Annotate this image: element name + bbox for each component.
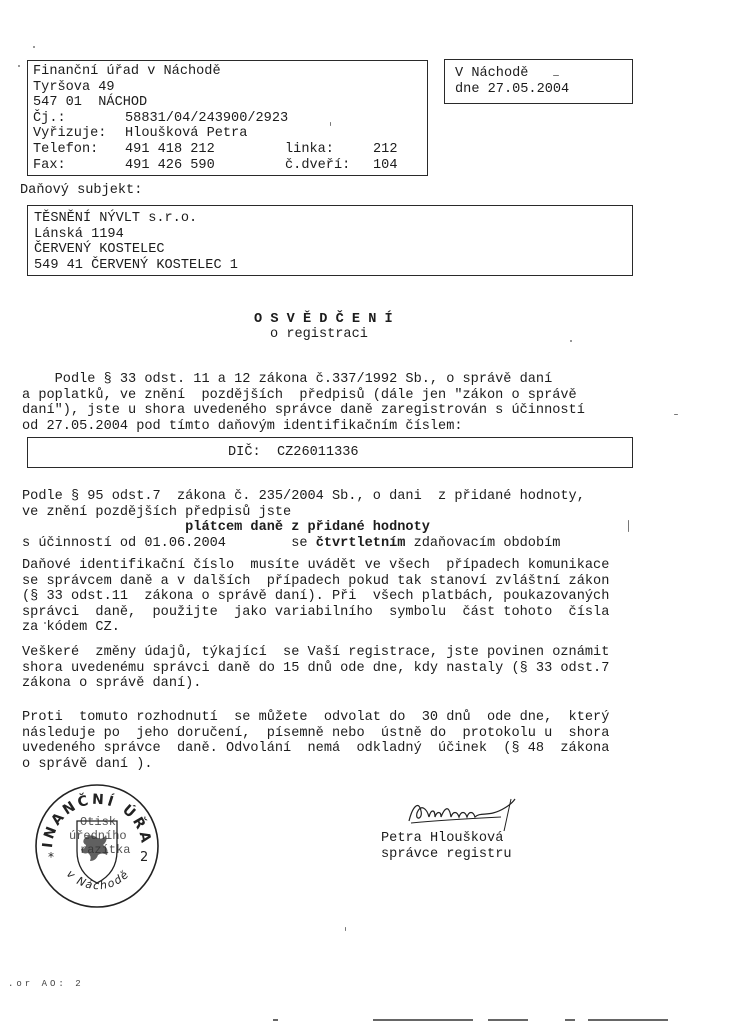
scan-speck	[330, 122, 331, 126]
effective-date-text: s účinností od 01.06.2004 se	[22, 536, 316, 551]
paragraph-line: uvedeného správce daně. Odvolání nemá od…	[22, 741, 642, 757]
fax-row: Fax: 491 426 590 č.dveří: 104	[33, 158, 427, 174]
vat-payer-status: plátcem daně z přidané hodnoty	[22, 520, 642, 536]
scan-speck	[553, 75, 559, 76]
door-label: č.dveří:	[285, 158, 373, 174]
paragraph-line: od 27.05.2004 pod tímto daňovým identifi…	[22, 419, 642, 435]
official-stamp: FINANČNÍ ÚŘAD v Náchodě * 2 Otisk úřední…	[32, 781, 162, 911]
scan-speck	[674, 414, 678, 415]
office-street: Tyršova 49	[33, 80, 115, 96]
scan-speck	[44, 622, 46, 624]
paragraph-line: daní"), jste u shora uvedeného správce d…	[22, 403, 642, 419]
changes-notice-paragraph: Veškeré změny údajů, týkající se Vaší re…	[22, 645, 642, 692]
paragraph-line: Veškeré změny údajů, týkající se Vaší re…	[22, 645, 642, 661]
paragraph-line: (§ 33 odst.11 zákona o správě daní). Při…	[22, 589, 642, 605]
reference-label: Čj.:	[33, 111, 125, 127]
scan-rule	[588, 1019, 668, 1021]
paragraph-line: za kódem CZ.	[22, 620, 642, 636]
tax-id-label: DIČ:	[228, 445, 261, 460]
paragraph-line: Daňové identifikační číslo musíte uvádět…	[22, 558, 642, 574]
signatory-name: Petra Hloušková	[381, 831, 561, 847]
phone-label: Telefon:	[33, 142, 125, 158]
extension-label: linka:	[285, 142, 373, 158]
office-city-row: 547 01 NÁCHOD	[33, 95, 427, 111]
paragraph-line: správci daně, použijte jako variabilního…	[22, 605, 642, 621]
tax-period-text: zdaňovacím obdobím	[405, 536, 560, 551]
paragraph-line: ve znění pozdějších předpisů jste	[22, 505, 642, 521]
subject-name: TĚSNĚNÍ NÝVLT s.r.o.	[34, 211, 632, 227]
paragraph-line: o správě daní ).	[22, 757, 642, 773]
paragraph-line: a poplatků, ve znění pozdějších předpisů…	[22, 388, 642, 404]
place-date-box: V Náchodě dne 27.05.2004	[444, 59, 633, 104]
door-value: 104	[373, 158, 397, 174]
office-city: 547 01 NÁCHOD	[33, 95, 147, 111]
scan-speck	[628, 520, 629, 532]
paragraph-line: Proti tomuto rozhodnutí se můžete odvola…	[22, 710, 642, 726]
svg-text:*: *	[48, 850, 54, 864]
tax-id: DIČ: CZ26011336	[228, 445, 359, 460]
reference-row: Čj.: 58831/04/243900/2923	[33, 111, 427, 127]
paragraph-line: následuje po jeho doručení, písemně nebo…	[22, 726, 642, 742]
scan-rule	[488, 1019, 528, 1021]
stamp-overlay-line: úředního	[69, 829, 127, 843]
stamp-bottom-text: v Náchodě	[64, 867, 132, 892]
reference-value: 58831/04/243900/2923	[125, 111, 288, 127]
office-name-row: Finanční úřad v Náchodě	[33, 64, 427, 80]
office-info-box: Finanční úřad v Náchodě Tyršova 49 547 0…	[27, 60, 428, 176]
paragraph-line: zákona o správě daní).	[22, 676, 642, 692]
date: dne 27.05.2004	[455, 82, 632, 98]
office-name: Finanční úřad v Náchodě	[33, 64, 221, 80]
scan-rule	[373, 1019, 473, 1021]
subject-postal: 549 41 ČERVENÝ KOSTELEC 1	[34, 258, 632, 274]
tax-id-box: DIČ: CZ26011336	[27, 437, 633, 468]
stamp-overlay-line: Otisk	[80, 815, 116, 829]
phone-value: 491 418 212	[125, 142, 285, 158]
stamp-seal-icon: FINANČNÍ ÚŘAD v Náchodě * 2 Otisk úřední…	[32, 781, 162, 911]
handled-by-value: Hloušková Petra	[125, 126, 247, 142]
paragraph-line: s účinností od 01.06.2004 se čtvrtletním…	[22, 536, 642, 552]
document-subtitle: o registraci	[270, 327, 368, 343]
signatory-role: správce registru	[381, 847, 561, 863]
fax-value: 491 426 590	[125, 158, 285, 174]
subject-label: Daňový subjekt:	[20, 183, 142, 199]
footer-code: .or AO: 2	[8, 977, 84, 993]
appeal-paragraph: Proti tomuto rozhodnutí se můžete odvola…	[22, 710, 642, 772]
paragraph-line: Podle § 95 odst.7 zákona č. 235/2004 Sb.…	[22, 489, 642, 505]
scan-rule	[565, 1019, 575, 1021]
scan-speck	[33, 46, 35, 48]
phone-row: Telefon: 491 418 212 linka: 212	[33, 142, 427, 158]
office-street-row: Tyršova 49	[33, 80, 427, 96]
registration-paragraph: Podle § 33 odst. 11 a 12 zákona č.337/19…	[22, 372, 642, 434]
tax-id-usage-paragraph: Daňové identifikační číslo musíte uvádět…	[22, 558, 642, 636]
signature-block: Petra Hloušková správce registru	[381, 795, 561, 862]
scan-speck	[18, 65, 20, 67]
handwritten-signature-icon	[401, 795, 561, 831]
stamp-number: 2	[140, 850, 148, 865]
extension-value: 212	[373, 142, 397, 158]
subject-street: Lánská 1194	[34, 227, 632, 243]
handled-by-row: Vyřizuje: Hloušková Petra	[33, 126, 427, 142]
fax-label: Fax:	[33, 158, 125, 174]
subject-city: ČERVENÝ KOSTELEC	[34, 242, 632, 258]
handled-by-label: Vyřizuje:	[33, 126, 125, 142]
scan-speck	[570, 340, 572, 342]
paragraph-line: shora uvedenému správci daně do 15 dnů o…	[22, 661, 642, 677]
vat-payer-paragraph: Podle § 95 odst.7 zákona č. 235/2004 Sb.…	[22, 489, 642, 551]
tax-period-type: čtvrtletním	[316, 536, 406, 551]
tax-id-value: CZ26011336	[277, 445, 359, 460]
paragraph-line: se správcem daně a v dalších případech p…	[22, 574, 642, 590]
tax-subject-box: TĚSNĚNÍ NÝVLT s.r.o. Lánská 1194 ČERVENÝ…	[27, 205, 633, 276]
paragraph-line: Podle § 33 odst. 11 a 12 zákona č.337/19…	[22, 372, 642, 388]
place: V Náchodě	[455, 66, 632, 82]
svg-text:v Náchodě: v Náchodě	[64, 867, 132, 892]
scan-rule	[273, 1019, 278, 1021]
stamp-overlay-line: razítka	[80, 843, 130, 857]
document-title: O S V Ě D Č E N Í	[254, 312, 393, 328]
scan-speck	[345, 927, 346, 931]
